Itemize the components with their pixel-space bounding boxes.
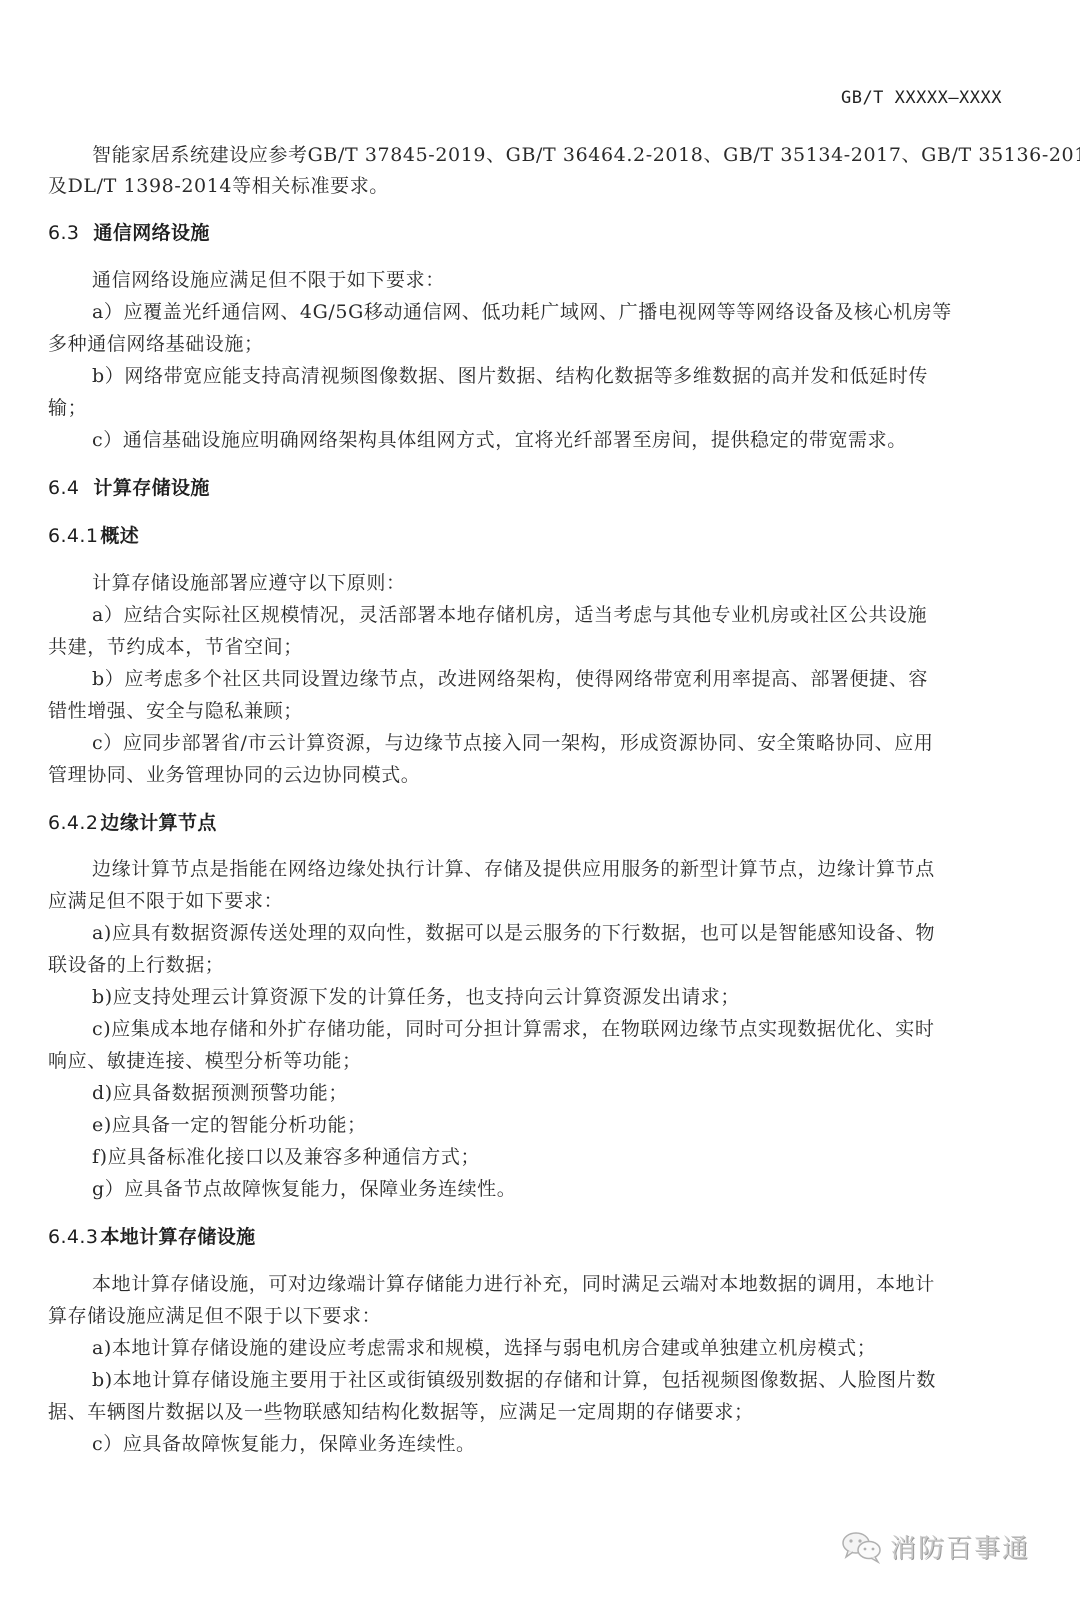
list-item-e: e)应具备一定的智能分析功能； (92, 1113, 1032, 1137)
list-item-c-cont: 管理协同、业务管理协同的云边协同模式。 (48, 763, 1032, 787)
list-item-c: c）应具备故障恢复能力，保障业务连续性。 (92, 1432, 1032, 1456)
section-title: 概述 (100, 525, 139, 547)
document-page: GB/T XXXXX—XXXX 智能家居系统建设应参考GB/T 37845-20… (0, 0, 1080, 1598)
paragraph-line-cont: 应满足但不限于如下要求： (48, 889, 1032, 913)
section-6-4-2-heading: 6.4.2边缘计算节点 (48, 811, 217, 835)
list-item-a: a)应具有数据资源传送处理的双向性，数据可以是云服务的下行数据，也可以是智能感知… (92, 921, 1032, 945)
list-item-b-cont: 错性增强、安全与隐私兼顾； (48, 699, 1032, 723)
paragraph-line-cont: 算存储设施应满足但不限于以下要求： (48, 1304, 1032, 1328)
section-number: 6.4.2 (48, 811, 98, 835)
wechat-icon (840, 1530, 884, 1564)
list-item-g: g）应具备节点故障恢复能力，保障业务连续性。 (92, 1177, 1032, 1201)
list-item-f: f)应具备标准化接口以及兼容多种通信方式； (92, 1145, 1032, 1169)
list-item-d: d)应具备数据预测预警功能； (92, 1081, 1032, 1105)
section-title: 本地计算存储设施 (100, 1226, 255, 1248)
list-item-b: b）应考虑多个社区共同设置边缘节点，改进网络架构，使得网络带宽利用率提高、部署便… (92, 667, 1032, 691)
section-title: 计算存储设施 (93, 477, 209, 499)
list-item-b: b）网络带宽应能支持高清视频图像数据、图片数据、结构化数据等多维数据的高并发和低… (92, 364, 1032, 388)
section-number: 6.4 (48, 476, 79, 500)
list-item-a: a)本地计算存储设施的建设应考虑需求和规模，选择与弱电机房合建或单独建立机房模式… (92, 1336, 1032, 1360)
list-item-a-cont: 多种通信网络基础设施； (48, 332, 1032, 356)
section-6-3-heading: 6.3通信网络设施 (48, 221, 210, 245)
paragraph-line: 计算存储设施部署应遵守以下原则： (92, 571, 1032, 595)
section-number: 6.4.1 (48, 524, 98, 548)
section-6-4-heading: 6.4计算存储设施 (48, 476, 210, 500)
watermark-text: 消防百事通 (890, 1528, 1030, 1565)
section-6-4-3-heading: 6.4.3本地计算存储设施 (48, 1225, 256, 1249)
paragraph-line: 本地计算存储设施，可对边缘端计算存储能力进行补充，同时满足云端对本地数据的调用，… (92, 1272, 1032, 1296)
list-item-b: b)应支持处理云计算资源下发的计算任务，也支持向云计算资源发出请求； (92, 985, 1032, 1009)
section-title: 通信网络设施 (93, 222, 209, 244)
list-item-c: c）应同步部署省/市云计算资源，与边缘节点接入同一架构，形成资源协同、安全策略协… (92, 731, 1032, 755)
watermark: 消防百事通 (840, 1528, 1030, 1565)
section-6-4-1-heading: 6.4.1概述 (48, 524, 139, 548)
paragraph-line: 边缘计算节点是指能在网络边缘处执行计算、存储及提供应用服务的新型计算节点，边缘计… (92, 857, 1032, 881)
intro-line-2: 及DL/T 1398-2014等相关标准要求。 (48, 174, 1032, 198)
list-item-c: c）通信基础设施应明确网络架构具体组网方式，宜将光纤部署至房间，提供稳定的带宽需… (92, 428, 1032, 452)
paragraph-line: 通信网络设施应满足但不限于如下要求： (92, 268, 1032, 292)
section-number: 6.4.3 (48, 1225, 98, 1249)
list-item-c-cont: 响应、敏捷连接、模型分析等功能； (48, 1049, 1032, 1073)
standard-code: GB/T XXXXX—XXXX (841, 88, 1002, 108)
intro-line-1: 智能家居系统建设应参考GB/T 37845-2019、GB/T 36464.2-… (92, 143, 1032, 167)
section-number: 6.3 (48, 221, 79, 245)
list-item-c: c)应集成本地存储和外扩存储功能，同时可分担计算需求，在物联网边缘节点实现数据优… (92, 1017, 1032, 1041)
list-item-a: a）应结合实际社区规模情况，灵活部署本地存储机房，适当考虑与其他专业机房或社区公… (92, 603, 1032, 627)
list-item-b: b)本地计算存储设施主要用于社区或街镇级别数据的存储和计算，包括视频图像数据、人… (92, 1368, 1032, 1392)
list-item-a-cont: 共建，节约成本，节省空间； (48, 635, 1032, 659)
list-item-b-cont: 输； (48, 396, 1032, 420)
section-title: 边缘计算节点 (100, 812, 216, 834)
list-item-b-cont: 据、车辆图片数据以及一些物联感知结构化数据等，应满足一定周期的存储要求； (48, 1400, 1032, 1424)
list-item-a: a）应覆盖光纤通信网、4G/5G移动通信网、低功耗广域网、广播电视网等等网络设备… (92, 300, 1032, 324)
list-item-a-cont: 联设备的上行数据； (48, 953, 1032, 977)
